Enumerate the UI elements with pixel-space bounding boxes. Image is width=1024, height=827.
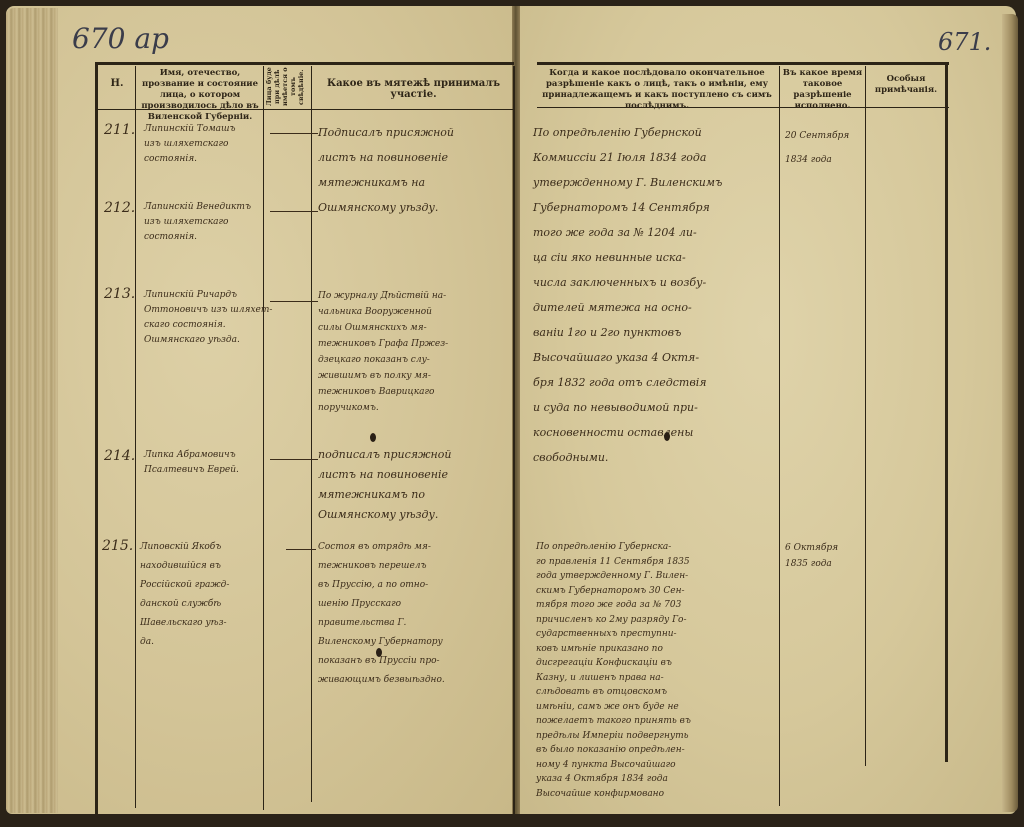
resolution-line: По опредѣленію Губернской [533, 120, 722, 145]
header-name: Имя, отечество, прозвание и состояние ли… [138, 68, 262, 123]
participation-line: По журналу Дѣйствій на- [318, 288, 448, 304]
folio-number-left: 670 ар [72, 22, 169, 55]
name-line: Россійской гражд- [140, 576, 229, 595]
resolution-line: Губернаторомъ 14 Сентября [533, 195, 722, 220]
name-line: данской службѣ [140, 595, 229, 614]
participation-line: силы Ошмянскихъ мя- [318, 320, 448, 336]
resolution-line: причисленъ ко 2му разряду Го- [536, 613, 691, 628]
resolution-line: скимъ Губернаторомъ 30 Сен- [536, 584, 691, 599]
entry-number-214: 214. [104, 448, 135, 464]
dash [270, 133, 318, 134]
resolution-line: ковъ имѣніе приказано по [536, 642, 691, 657]
resolution-line: Казну, и лишенъ права на- [536, 671, 691, 686]
entry-211-participation: Подписалъ присяжной листъ на повиновеніе… [318, 120, 454, 220]
participation-line: мятежникамъ по [318, 485, 452, 505]
resolution-line: свободными. [533, 445, 722, 470]
dash [270, 301, 318, 302]
header-resolution: Когда и какое послѣдовало окончательное … [537, 68, 777, 112]
resolution-line: сударственныхъ преступни- [536, 627, 691, 642]
name-line: Липинскій Ричардъ [144, 288, 272, 303]
participation-line: правительства Г. [318, 614, 445, 633]
left-border-rule [95, 62, 98, 814]
page-edges-right [1002, 14, 1018, 812]
participation-line: живающимъ безвыѣздно. [318, 671, 445, 690]
header-executed: Въ какое время таковое разрѣшеніе исполн… [781, 68, 864, 112]
col-rule-1 [135, 66, 136, 808]
resolution-line: го правленія 11 Сентября 1835 [536, 555, 691, 570]
dash [270, 459, 318, 460]
name-line: Липка Абрамовичъ [144, 448, 239, 463]
executed-line: 20 Сентября [785, 124, 849, 148]
ink-blot [664, 432, 670, 441]
resolution-line: По опредѣленію Губернска- [536, 540, 691, 555]
header-property: Лица буде при дѣлѣ имѣется о томъ свѣдѣн… [265, 66, 309, 108]
resolution-line: дителей мятежа на осно- [533, 295, 722, 320]
executed-line: 6 Октября [785, 540, 838, 556]
dash [286, 549, 316, 550]
resolution-line: слѣдовать въ отцовскомъ [536, 685, 691, 700]
entry-214-name: Липка Абрамовичъ Псалтевичъ Еврей. [144, 448, 239, 478]
participation-line: тежниковъ Графа Пржез- [318, 336, 448, 352]
right-border-rule [945, 62, 948, 762]
participation-line: Ошмянскому уѣзду. [318, 505, 452, 525]
entry-211-executed: 20 Сентября 1834 года [785, 124, 849, 172]
participation-line: листъ на повиновеніе [318, 465, 452, 485]
participation-line: чальника Вооруженной [318, 304, 448, 320]
col-rule-3 [311, 66, 312, 802]
resolution-line: ному 4 пункта Высочайшаго [536, 758, 691, 773]
entry-213-name: Липинскій Ричардъ Оттоновичъ изъ шляхет-… [144, 288, 272, 348]
executed-line: 1835 года [785, 556, 838, 572]
header-number: Н. [100, 78, 134, 89]
name-line: Шавельскаго уѣз- [140, 614, 229, 633]
col-rule-5 [865, 66, 866, 766]
participation-line: мятежникамъ на [318, 170, 454, 195]
entry-213-participation: По журналу Дѣйствій на- чальника Вооруже… [318, 288, 448, 416]
resolution-line: Высочайшаго указа 4 Октя- [533, 345, 722, 370]
participation-line: Состоя въ отрядѣ мя- [318, 538, 445, 557]
resolution-line: косновенности оставлены [533, 420, 722, 445]
participation-line: жившимъ въ полку мя- [318, 368, 448, 384]
entry-215-resolution: По опредѣленію Губернска- го правленія 1… [536, 540, 691, 801]
ink-blot [370, 433, 376, 442]
entry-211-name: Липинскій Томашъ изъ шляхетскаго состоян… [144, 122, 236, 167]
header-participation: Какое въ мятежѣ принималъ участіе. [316, 78, 511, 100]
table-top-rule-right [537, 62, 949, 65]
resolution-line: указа 4 Октября 1834 года [536, 772, 691, 787]
page-edges-left [6, 8, 58, 813]
resolution-line: года утвержденному Г. Вилен- [536, 569, 691, 584]
name-line: изъ шляхетскаго [144, 137, 236, 152]
table-top-rule-left [98, 62, 514, 65]
entry-214-participation: подписалъ присяжной листъ на повиновеніе… [318, 445, 452, 525]
participation-line: Подписалъ присяжной [318, 120, 454, 145]
resolution-line: бря 1832 года отъ следствія [533, 370, 722, 395]
resolution-line: пожелаетъ такого принять въ [536, 714, 691, 729]
name-line: находившійся въ [140, 557, 229, 576]
header-remarks: Особыя примѣчанія. [867, 74, 945, 96]
name-line: Ошмянскаго уѣзда. [144, 333, 272, 348]
resolution-line: утвержденному Г. Виленскимъ [533, 170, 722, 195]
participation-line: листъ на повиновеніе [318, 145, 454, 170]
name-line: Липовскій Якобъ [140, 538, 229, 557]
entry-number-211: 211. [104, 122, 135, 138]
resolution-line: Коммиссіи 21 Іюля 1834 года [533, 145, 722, 170]
participation-line: дзецкаго показанъ слу- [318, 352, 448, 368]
entry-number-213: 213. [104, 286, 135, 302]
resolution-line: и суда по невыводимой при- [533, 395, 722, 420]
entry-215-name: Липовскій Якобъ находившійся въ Россійск… [140, 538, 229, 652]
col-rule-2 [263, 66, 264, 810]
resolution-line: предѣлы Имперіи подвергнуть [536, 729, 691, 744]
name-line: изъ шляхетскаго [144, 215, 251, 230]
entry-215-participation: Состоя въ отрядѣ мя- тежниковъ перешелъ … [318, 538, 445, 690]
col-rule-right-left [513, 66, 515, 814]
resolution-line: имѣніи, самъ же онъ буде не [536, 700, 691, 715]
participation-line: подписалъ присяжной [318, 445, 452, 465]
participation-line: поручикомъ. [318, 400, 448, 416]
resolution-line: ваніи 1го и 2го пунктовъ [533, 320, 722, 345]
resolution-line: ца сіи яко невинные иска- [533, 245, 722, 270]
entry-211-resolution: По опредѣленію Губернской Коммиссіи 21 І… [533, 120, 722, 470]
participation-line: тежниковъ Ваврицкаго [318, 384, 448, 400]
name-line: Липинскій Томашъ [144, 122, 236, 137]
entry-number-212: 212. [104, 200, 135, 216]
dash [270, 211, 318, 212]
resolution-line: того же года за № 1204 ли- [533, 220, 722, 245]
participation-line: въ Пруссію, а по отно- [318, 576, 445, 595]
resolution-line: дисгрегаціи Конфискаціи въ [536, 656, 691, 671]
entry-number-215: 215. [102, 538, 133, 554]
name-line: Лапинскій Венедиктъ [144, 200, 251, 215]
col-rule-4 [779, 66, 780, 806]
participation-line: тежниковъ перешелъ [318, 557, 445, 576]
entry-212-name: Лапинскій Венедиктъ изъ шляхетскаго сост… [144, 200, 251, 245]
name-line: состоянія. [144, 230, 251, 245]
name-line: состоянія. [144, 152, 236, 167]
resolution-line: тября того же года за № 703 [536, 598, 691, 613]
folio-number-right: 671. [938, 28, 991, 56]
resolution-line: Высочайше конфирмовано [536, 787, 691, 802]
name-line: скаго состоянія. [144, 318, 272, 333]
participation-line: Ошмянскому уѣзду. [318, 195, 454, 220]
resolution-line: числа заключенныхъ и возбу- [533, 270, 722, 295]
ink-blot [376, 648, 382, 657]
ledger-book-spread: 670 ар 671. Н. Имя, отечество, прозвание… [0, 0, 1024, 827]
name-line: Псалтевичъ Еврей. [144, 463, 239, 478]
name-line: Оттоновичъ изъ шляхет- [144, 303, 272, 318]
resolution-line: въ было показанію опредѣлен- [536, 743, 691, 758]
participation-line: шенію Прусскаго [318, 595, 445, 614]
name-line: да. [140, 633, 229, 652]
entry-215-executed: 6 Октября 1835 года [785, 540, 838, 572]
executed-line: 1834 года [785, 148, 849, 172]
